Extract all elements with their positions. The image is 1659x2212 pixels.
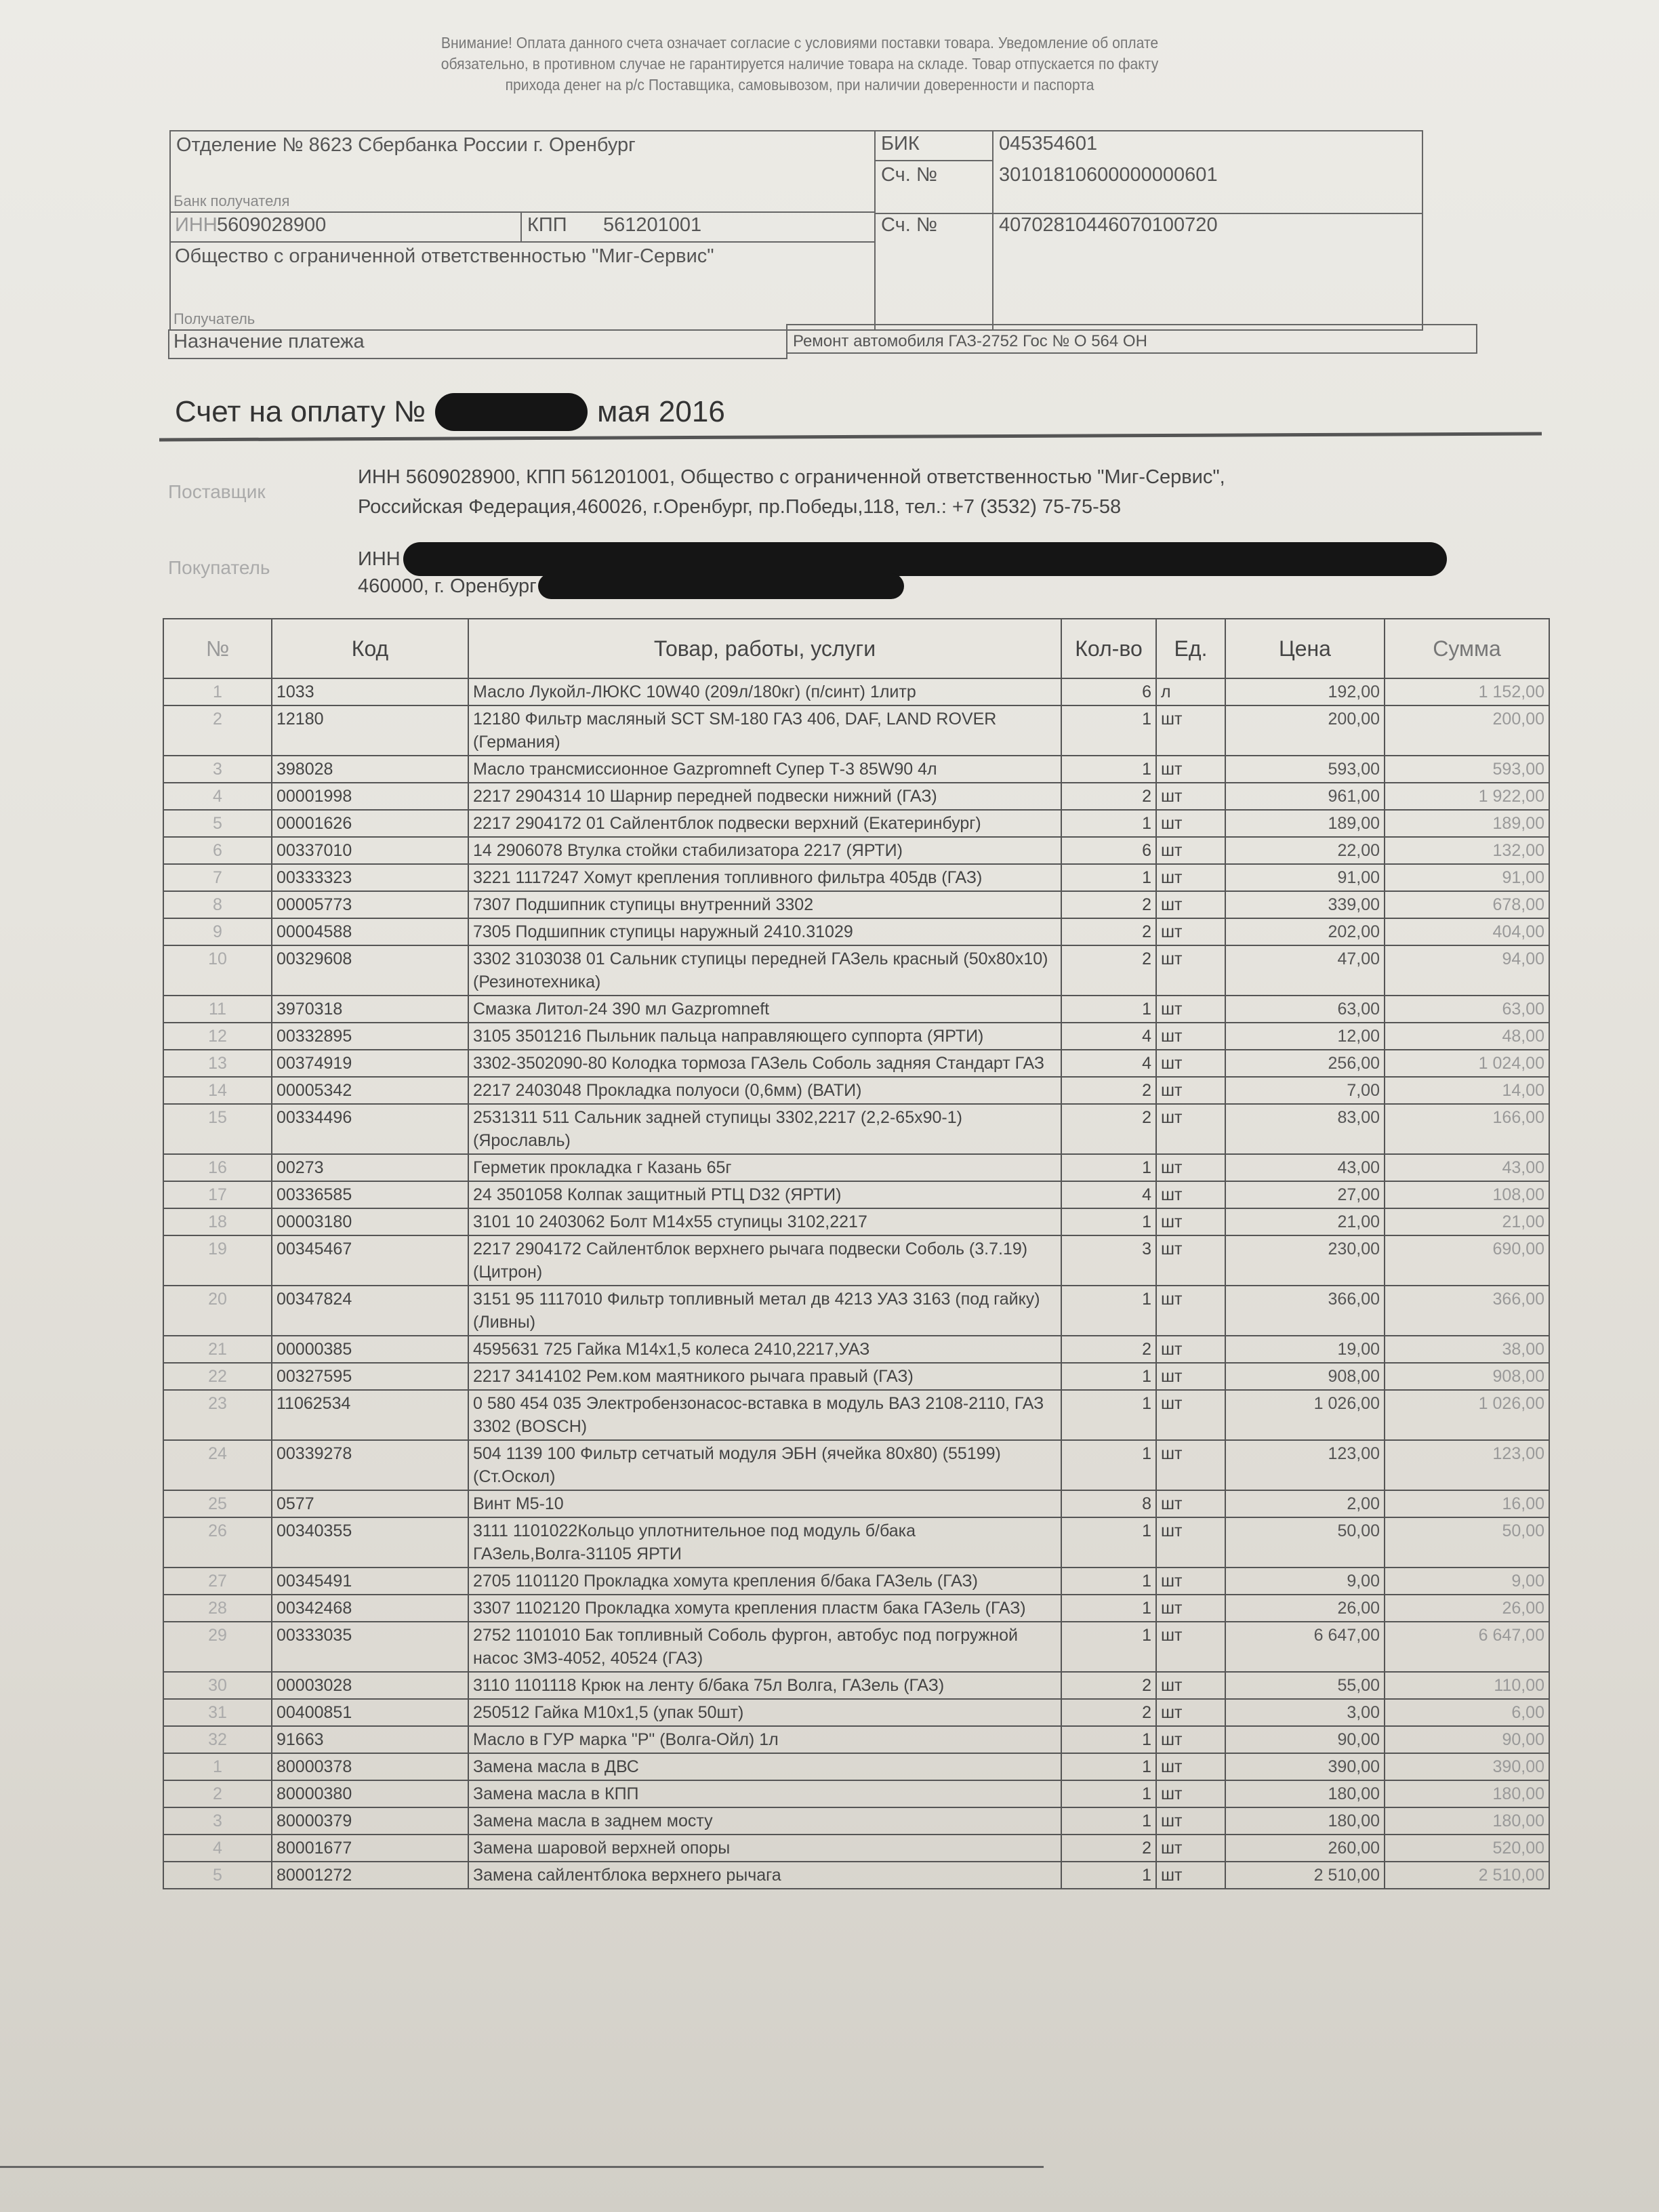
item-quantity: 1: [1061, 1517, 1156, 1568]
kpp-value: 561201001: [603, 214, 701, 237]
item-code: 398028: [272, 756, 468, 783]
item-code: 00004588: [272, 918, 468, 945]
item-sum: 9,00: [1385, 1568, 1549, 1595]
corr-account-label: Сч. №: [881, 164, 937, 186]
row-number: 20: [163, 1286, 272, 1336]
col-header-sum: Сумма: [1385, 619, 1549, 678]
item-price: 3,00: [1225, 1699, 1385, 1726]
col-header-qty: Кол-во: [1061, 619, 1156, 678]
item-price: 83,00: [1225, 1104, 1385, 1154]
item-price: 50,00: [1225, 1517, 1385, 1568]
item-price: 22,00: [1225, 837, 1385, 864]
row-number: 15: [163, 1104, 272, 1154]
item-unit: шт: [1156, 891, 1225, 918]
row-number: 10: [163, 945, 272, 996]
row-number: 9: [163, 918, 272, 945]
table-row: 27003454912705 1101120 Прокладка хомута …: [163, 1568, 1549, 1595]
table-row: 21218012180 Фильтр масляный SCT SM-180 Г…: [163, 705, 1549, 756]
row-number: 1: [163, 1753, 272, 1780]
row-number: 29: [163, 1622, 272, 1672]
table-row: 21000003854595631 725 Гайка М14х1,5 коле…: [163, 1336, 1549, 1363]
row-number: 3: [163, 756, 272, 783]
item-description: Замена масла в КПП: [468, 1780, 1061, 1807]
item-sum: 94,00: [1385, 945, 1549, 996]
item-code: 80001677: [272, 1835, 468, 1862]
item-sum: 90,00: [1385, 1726, 1549, 1753]
supplier-label: Поставщик: [168, 481, 266, 503]
item-code: 00374919: [272, 1050, 468, 1077]
item-code: 00332895: [272, 1023, 468, 1050]
item-sum: 180,00: [1385, 1807, 1549, 1835]
item-sum: 678,00: [1385, 891, 1549, 918]
bank-details-box: Отделение № 8623 Сбербанка России г. Оре…: [169, 130, 1423, 359]
item-sum: 908,00: [1385, 1363, 1549, 1390]
item-description: 2531311 511 Сальник задней ступицы 3302,…: [468, 1104, 1061, 1154]
item-price: 43,00: [1225, 1154, 1385, 1181]
item-unit: шт: [1156, 1104, 1225, 1154]
item-description: Масло в ГУР марка "Р" (Волга-Ойл) 1л: [468, 1726, 1061, 1753]
table-row: 18000031803101 10 2403062 Болт М14х55 ст…: [163, 1208, 1549, 1235]
item-price: 200,00: [1225, 705, 1385, 756]
row-number: 14: [163, 1077, 272, 1104]
table-row: 8000057737307 Подшипник ступицы внутренн…: [163, 891, 1549, 918]
buyer-address: 460000, г. Оренбург: [358, 575, 537, 598]
item-description: 3111 1101022Кольцо уплотнительное под мо…: [468, 1517, 1061, 1568]
item-quantity: 2: [1061, 1672, 1156, 1699]
row-number: 7: [163, 864, 272, 891]
table-row: 2400339278504 1139 100 Фильтр сетчатый м…: [163, 1440, 1549, 1490]
table-row: 250577Винт М5-108шт2,0016,00: [163, 1490, 1549, 1517]
supplier-line-2: Российская Федерация,460026, г.Оренбург,…: [358, 496, 1121, 518]
item-code: 00273: [272, 1154, 468, 1181]
item-sum: 132,00: [1385, 837, 1549, 864]
item-unit: шт: [1156, 810, 1225, 837]
item-quantity: 1: [1061, 1726, 1156, 1753]
row-number: 6: [163, 837, 272, 864]
row-number: 2: [163, 1780, 272, 1807]
item-description: 2705 1101120 Прокладка хомута крепления …: [468, 1568, 1061, 1595]
item-sum: 91,00: [1385, 864, 1549, 891]
col-header-item: Товар, работы, услуги: [468, 619, 1061, 678]
item-quantity: 1: [1061, 705, 1156, 756]
bik-value: 045354601: [999, 133, 1097, 155]
item-price: 21,00: [1225, 1208, 1385, 1235]
item-quantity: 2: [1061, 891, 1156, 918]
notice-line: Внимание! Оплата данного счета означает …: [313, 33, 1286, 54]
item-price: 961,00: [1225, 783, 1385, 810]
item-quantity: 2: [1061, 1104, 1156, 1154]
item-unit: шт: [1156, 1595, 1225, 1622]
item-quantity: 1: [1061, 1440, 1156, 1490]
item-description: 0 580 454 035 Электробензонасос-вставка …: [468, 1390, 1061, 1440]
item-code: 00345467: [272, 1235, 468, 1286]
item-quantity: 1: [1061, 1208, 1156, 1235]
table-row: 13003749193302-3502090-80 Колодка тормоз…: [163, 1050, 1549, 1077]
item-price: 390,00: [1225, 1753, 1385, 1780]
item-code: 00400851: [272, 1699, 468, 1726]
item-sum: 1 024,00: [1385, 1050, 1549, 1077]
row-number: 5: [163, 810, 272, 837]
table-row: 29003330352752 1101010 Бак топливный Соб…: [163, 1622, 1549, 1672]
item-sum: 14,00: [1385, 1077, 1549, 1104]
item-description: 250512 Гайка М10х1,5 (упак 50шт): [468, 1699, 1061, 1726]
item-unit: л: [1156, 678, 1225, 705]
table-row: 380000379Замена масла в заднем мосту1шт1…: [163, 1807, 1549, 1835]
item-description: 2217 2904314 10 Шарнир передней подвески…: [468, 783, 1061, 810]
item-sum: 63,00: [1385, 996, 1549, 1023]
item-code: 00333323: [272, 864, 468, 891]
row-number: 8: [163, 891, 272, 918]
item-unit: шт: [1156, 1363, 1225, 1390]
item-sum: 16,00: [1385, 1490, 1549, 1517]
item-unit: шт: [1156, 1077, 1225, 1104]
notice-line: обязательно, в противном случае не гаран…: [313, 54, 1286, 75]
inn-label: ИНН: [175, 214, 218, 237]
item-quantity: 2: [1061, 1336, 1156, 1363]
item-code: 00001626: [272, 810, 468, 837]
item-quantity: 2: [1061, 918, 1156, 945]
item-quantity: 4: [1061, 1181, 1156, 1208]
item-quantity: 1: [1061, 810, 1156, 837]
item-price: 1 026,00: [1225, 1390, 1385, 1440]
bik-label: БИК: [881, 133, 920, 155]
table-row: 30000030283110 1101118 Крюк на ленту б/б…: [163, 1672, 1549, 1699]
item-quantity: 1: [1061, 1363, 1156, 1390]
item-description: Замена масла в заднем мосту: [468, 1807, 1061, 1835]
item-description: 3105 3501216 Пыльник пальца направляющег…: [468, 1023, 1061, 1050]
item-price: 7,00: [1225, 1077, 1385, 1104]
item-unit: шт: [1156, 1050, 1225, 1077]
row-number: 13: [163, 1050, 272, 1077]
item-quantity: 2: [1061, 1699, 1156, 1726]
item-description: 24 3501058 Колпак защитный РТЦ D32 (ЯРТИ…: [468, 1181, 1061, 1208]
item-unit: шт: [1156, 1780, 1225, 1807]
table-row: 4000019982217 2904314 10 Шарнир передней…: [163, 783, 1549, 810]
item-quantity: 4: [1061, 1023, 1156, 1050]
item-price: 19,00: [1225, 1336, 1385, 1363]
item-price: 63,00: [1225, 996, 1385, 1023]
item-sum: 26,00: [1385, 1595, 1549, 1622]
item-sum: 50,00: [1385, 1517, 1549, 1568]
account-value: 40702810446070100720: [999, 214, 1218, 237]
col-header-code: Код: [272, 619, 468, 678]
account-label: Сч. №: [881, 214, 937, 237]
item-unit: шт: [1156, 1835, 1225, 1862]
item-quantity: 1: [1061, 1595, 1156, 1622]
buyer-line-1: ИНН: [358, 542, 1447, 576]
item-unit: шт: [1156, 1154, 1225, 1181]
item-sum: 48,00: [1385, 1023, 1549, 1050]
item-price: 123,00: [1225, 1440, 1385, 1490]
supplier-line-1: ИНН 5609028900, КПП 561201001, Общество …: [358, 466, 1225, 489]
item-description: Смазка Литол-24 390 мл Gazpromneft: [468, 996, 1061, 1023]
item-description: 4595631 725 Гайка М14х1,5 колеса 2410,22…: [468, 1336, 1061, 1363]
col-header-price: Цена: [1225, 619, 1385, 678]
item-description: 2752 1101010 Бак топливный Соболь фургон…: [468, 1622, 1061, 1672]
invoice-page: Внимание! Оплата данного счета означает …: [0, 0, 1659, 2212]
item-code: 80000379: [272, 1807, 468, 1835]
item-code: 00003180: [272, 1208, 468, 1235]
bottom-divider: [0, 2166, 1044, 2168]
row-number: 12: [163, 1023, 272, 1050]
item-code: 00005342: [272, 1077, 468, 1104]
item-description: 3302 3103038 01 Сальник ступицы передней…: [468, 945, 1061, 996]
table-row: 3100400851250512 Гайка М10х1,5 (упак 50ш…: [163, 1699, 1549, 1726]
corr-account-value: 30101810600000000601: [999, 164, 1218, 186]
item-description: Замена шаровой верхней опоры: [468, 1835, 1061, 1862]
item-sum: 110,00: [1385, 1672, 1549, 1699]
item-sum: 404,00: [1385, 918, 1549, 945]
item-price: 192,00: [1225, 678, 1385, 705]
item-quantity: 1: [1061, 1862, 1156, 1889]
redacted-invoice-number: [435, 393, 588, 431]
item-quantity: 1: [1061, 756, 1156, 783]
item-description: 2217 2403048 Прокладка полуоси (0,6мм) (…: [468, 1077, 1061, 1104]
item-quantity: 1: [1061, 1780, 1156, 1807]
item-description: 3302-3502090-80 Колодка тормоза ГАЗель С…: [468, 1050, 1061, 1077]
item-description: 3151 95 1117010 Фильтр топливный метал д…: [468, 1286, 1061, 1336]
item-unit: шт: [1156, 1235, 1225, 1286]
row-number: 21: [163, 1336, 272, 1363]
item-quantity: 2: [1061, 783, 1156, 810]
item-sum: 43,00: [1385, 1154, 1549, 1181]
item-quantity: 1: [1061, 1753, 1156, 1780]
item-price: 260,00: [1225, 1835, 1385, 1862]
item-sum: 593,00: [1385, 756, 1549, 783]
item-unit: шт: [1156, 1208, 1225, 1235]
item-code: 11062534: [272, 1390, 468, 1440]
notice-line: прихода денег на р/с Поставщика, самовыв…: [313, 75, 1286, 96]
item-quantity: 1: [1061, 1568, 1156, 1595]
table-row: 480001677Замена шаровой верхней опоры2шт…: [163, 1835, 1549, 1862]
item-sum: 6,00: [1385, 1699, 1549, 1726]
item-sum: 108,00: [1385, 1181, 1549, 1208]
item-price: 2 510,00: [1225, 1862, 1385, 1889]
item-code: 80000378: [272, 1753, 468, 1780]
buyer-label: Покупатель: [168, 557, 270, 579]
row-number: 17: [163, 1181, 272, 1208]
item-price: 339,00: [1225, 891, 1385, 918]
item-sum: 180,00: [1385, 1780, 1549, 1807]
item-sum: 1 152,00: [1385, 678, 1549, 705]
item-sum: 1 922,00: [1385, 783, 1549, 810]
item-code: 00000385: [272, 1336, 468, 1363]
table-row: 9000045887305 Подшипник ступицы наружный…: [163, 918, 1549, 945]
item-description: 3110 1101118 Крюк на ленту б/бака 75л Во…: [468, 1672, 1061, 1699]
item-price: 47,00: [1225, 945, 1385, 996]
table-row: 3398028Масло трансмиссионное Gazpromneft…: [163, 756, 1549, 783]
item-sum: 1 026,00: [1385, 1390, 1549, 1440]
bank-label: Банк получателя: [173, 192, 289, 210]
item-description: 504 1139 100 Фильтр сетчатый модуля ЭБН …: [468, 1440, 1061, 1490]
item-unit: шт: [1156, 945, 1225, 996]
item-price: 366,00: [1225, 1286, 1385, 1336]
item-price: 908,00: [1225, 1363, 1385, 1390]
col-header-number: №: [163, 619, 272, 678]
item-quantity: 1: [1061, 1622, 1156, 1672]
recipient-name: Общество с ограниченной ответственностью…: [175, 245, 714, 268]
item-price: 593,00: [1225, 756, 1385, 783]
item-unit: шт: [1156, 1699, 1225, 1726]
item-unit: шт: [1156, 1517, 1225, 1568]
title-divider: [159, 432, 1542, 442]
item-code: 00003028: [272, 1672, 468, 1699]
payment-notice: Внимание! Оплата данного счета означает …: [313, 33, 1286, 96]
item-unit: шт: [1156, 756, 1225, 783]
row-number: 1: [163, 678, 272, 705]
table-row: 7003333233221 1117247 Хомут крепления то…: [163, 864, 1549, 891]
item-sum: 366,00: [1385, 1286, 1549, 1336]
purpose-value: Ремонт автомобиля ГАЗ-2752 Гос № О 564 О…: [793, 332, 1147, 351]
bank-name: Отделение № 8623 Сбербанка России г. Оре…: [176, 134, 636, 157]
row-number: 26: [163, 1517, 272, 1568]
item-quantity: 8: [1061, 1490, 1156, 1517]
table-row: 19003454672217 2904172 Сайлентблок верхн…: [163, 1235, 1549, 1286]
table-row: 580001272Замена сайлентблока верхнего ры…: [163, 1862, 1549, 1889]
item-unit: шт: [1156, 1753, 1225, 1780]
item-description: 2217 3414102 Рем.ком маятникого рычага п…: [468, 1363, 1061, 1390]
item-quantity: 3: [1061, 1235, 1156, 1286]
item-sum: 6 647,00: [1385, 1622, 1549, 1672]
item-code: 00005773: [272, 891, 468, 918]
table-row: 5000016262217 2904172 01 Сайлентблок под…: [163, 810, 1549, 837]
item-price: 189,00: [1225, 810, 1385, 837]
item-price: 202,00: [1225, 918, 1385, 945]
item-unit: шт: [1156, 918, 1225, 945]
item-price: 90,00: [1225, 1726, 1385, 1753]
col-header-unit: Ед.: [1156, 619, 1225, 678]
item-sum: 38,00: [1385, 1336, 1549, 1363]
item-sum: 166,00: [1385, 1104, 1549, 1154]
item-sum: 390,00: [1385, 1753, 1549, 1780]
item-unit: шт: [1156, 783, 1225, 810]
items-table: № Код Товар, работы, услуги Кол-во Ед. Ц…: [163, 618, 1550, 1889]
item-code: 80000380: [272, 1780, 468, 1807]
item-code: 00345491: [272, 1568, 468, 1595]
table-row: 15003344962531311 511 Сальник задней сту…: [163, 1104, 1549, 1154]
item-description: 14 2906078 Втулка стойки стабилизатора 2…: [468, 837, 1061, 864]
item-quantity: 6: [1061, 837, 1156, 864]
item-unit: шт: [1156, 1622, 1225, 1672]
row-number: 30: [163, 1672, 272, 1699]
item-code: 0577: [272, 1490, 468, 1517]
table-row: 12003328953105 3501216 Пыльник пальца на…: [163, 1023, 1549, 1050]
item-quantity: 1: [1061, 1807, 1156, 1835]
row-number: 19: [163, 1235, 272, 1286]
table-row: 20003478243151 95 1117010 Фильтр топливн…: [163, 1286, 1549, 1336]
item-description: 2217 2904172 01 Сайлентблок подвески вер…: [468, 810, 1061, 837]
item-unit: шт: [1156, 1490, 1225, 1517]
item-code: 00327595: [272, 1363, 468, 1390]
item-unit: шт: [1156, 1390, 1225, 1440]
item-code: 80001272: [272, 1862, 468, 1889]
item-sum: 520,00: [1385, 1835, 1549, 1862]
table-row: 22003275952217 3414102 Рем.ком маятниког…: [163, 1363, 1549, 1390]
redacted-buyer-details: [403, 542, 1447, 576]
buyer-inn-label: ИНН: [358, 548, 401, 571]
item-description: Замена сайлентблока верхнего рычага: [468, 1862, 1061, 1889]
item-price: 9,00: [1225, 1568, 1385, 1595]
item-price: 180,00: [1225, 1807, 1385, 1835]
item-description: Герметик прокладка г Казань 65г: [468, 1154, 1061, 1181]
table-row: 60033701014 2906078 Втулка стойки стабил…: [163, 837, 1549, 864]
row-number: 3: [163, 1807, 272, 1835]
item-unit: шт: [1156, 1023, 1225, 1050]
item-quantity: 6: [1061, 678, 1156, 705]
table-row: 1600273Герметик прокладка г Казань 65г1ш…: [163, 1154, 1549, 1181]
item-description: Замена масла в ДВС: [468, 1753, 1061, 1780]
item-description: 7305 Подшипник ступицы наружный 2410.310…: [468, 918, 1061, 945]
row-number: 24: [163, 1440, 272, 1490]
item-code: 91663: [272, 1726, 468, 1753]
item-description: 2217 2904172 Сайлентблок верхнего рычага…: [468, 1235, 1061, 1286]
item-price: 6 647,00: [1225, 1622, 1385, 1672]
redacted-buyer-address: [538, 573, 904, 599]
row-number: 11: [163, 996, 272, 1023]
item-unit: шт: [1156, 1181, 1225, 1208]
item-quantity: 2: [1061, 945, 1156, 996]
item-sum: 690,00: [1385, 1235, 1549, 1286]
inn-value: 5609028900: [217, 214, 326, 237]
item-description: 12180 Фильтр масляный SCT SM-180 ГАЗ 406…: [468, 705, 1061, 756]
recipient-label: Получатель: [173, 310, 255, 328]
item-price: 26,00: [1225, 1595, 1385, 1622]
item-quantity: 4: [1061, 1050, 1156, 1077]
item-quantity: 2: [1061, 1835, 1156, 1862]
item-code: 00347824: [272, 1286, 468, 1336]
item-code: 00001998: [272, 783, 468, 810]
item-price: 180,00: [1225, 1780, 1385, 1807]
row-number: 31: [163, 1699, 272, 1726]
table-row: 14000053422217 2403048 Прокладка полуоси…: [163, 1077, 1549, 1104]
table-row: 23110625340 580 454 035 Электробензонасо…: [163, 1390, 1549, 1440]
row-number: 25: [163, 1490, 272, 1517]
item-quantity: 1: [1061, 1154, 1156, 1181]
row-number: 4: [163, 1835, 272, 1862]
invoice-title-suffix: мая 2016: [597, 395, 725, 429]
table-row: 11033Масло Лукойл-ЛЮКС 10W40 (209л/180кг…: [163, 678, 1549, 705]
item-price: 230,00: [1225, 1235, 1385, 1286]
table-row: 3291663Масло в ГУР марка "Р" (Волга-Ойл)…: [163, 1726, 1549, 1753]
item-code: 00333035: [272, 1622, 468, 1672]
table-row: 170033658524 3501058 Колпак защитный РТЦ…: [163, 1181, 1549, 1208]
row-number: 22: [163, 1363, 272, 1390]
item-code: 00337010: [272, 837, 468, 864]
item-quantity: 1: [1061, 1390, 1156, 1440]
invoice-title: Счет на оплату № мая 2016: [175, 393, 725, 431]
item-description: 7307 Подшипник ступицы внутренний 3302: [468, 891, 1061, 918]
item-quantity: 1: [1061, 864, 1156, 891]
item-sum: 200,00: [1385, 705, 1549, 756]
table-header-row: № Код Товар, работы, услуги Кол-во Ед. Ц…: [163, 619, 1549, 678]
item-unit: шт: [1156, 1672, 1225, 1699]
table-row: 113970318Смазка Литол-24 390 мл Gazpromn…: [163, 996, 1549, 1023]
item-sum: 21,00: [1385, 1208, 1549, 1235]
row-number: 27: [163, 1568, 272, 1595]
row-number: 18: [163, 1208, 272, 1235]
item-description: Винт М5-10: [468, 1490, 1061, 1517]
item-sum: 123,00: [1385, 1440, 1549, 1490]
item-unit: шт: [1156, 1286, 1225, 1336]
row-number: 28: [163, 1595, 272, 1622]
item-price: 91,00: [1225, 864, 1385, 891]
item-description: 3221 1117247 Хомут крепления топливного …: [468, 864, 1061, 891]
item-unit: шт: [1156, 1336, 1225, 1363]
item-price: 12,00: [1225, 1023, 1385, 1050]
item-code: 00339278: [272, 1440, 468, 1490]
item-sum: 2 510,00: [1385, 1862, 1549, 1889]
item-code: 00329608: [272, 945, 468, 996]
